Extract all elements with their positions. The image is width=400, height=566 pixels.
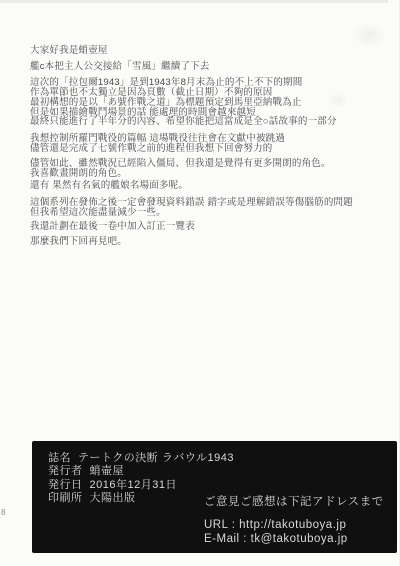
text-line: 但我希望這次能盡量減少一些。 bbox=[30, 208, 375, 218]
paragraph: 還有 果然有名氣的艦娘名場面多呢。 bbox=[30, 181, 375, 191]
text-line: 我喜歡畫開朗的角色。 bbox=[30, 169, 375, 179]
page-number: 8 bbox=[1, 508, 5, 517]
greeting-paragraph: 大家好我是蛸壺屋 bbox=[30, 46, 375, 56]
afterword-text: 大家好我是蛸壺屋 艦c本把主人公交接給「雪風」繼續了下去 這次的「拉包爾1943… bbox=[30, 46, 375, 253]
colophon-row-title: 誌名 テートクの決断 ラバウル1943 bbox=[48, 452, 234, 465]
colophon-box: 誌名 テートクの決断 ラバウル1943 発行者 蛸壷屋 発行日 2016年12月… bbox=[32, 441, 397, 553]
url-line: URL : http://takotuboya.jp bbox=[204, 519, 348, 533]
colophon-row-publisher: 発行者 蛸壷屋 bbox=[48, 465, 234, 478]
text-line: 儘管還是完成了七號作戰之前的進程但我想下回會努力的 bbox=[30, 144, 375, 154]
field-value: 2016年12月31日 bbox=[90, 479, 177, 492]
contact-addresses: URL : http://takotuboya.jp E-Mail : tk@t… bbox=[204, 519, 348, 546]
contact-note: ご意見ご感想は下記アドレスまで bbox=[204, 493, 384, 509]
text-line: 最終只能進行了半年分的內容、希望你能把這當成是全○話故事的一部分 bbox=[30, 117, 375, 127]
field-value: 大陽出版 bbox=[90, 492, 136, 505]
colophon-row-date: 発行日 2016年12月31日 bbox=[48, 479, 234, 492]
text-line: 我還計劃在最後一卷中加入訂正一覽表 bbox=[30, 222, 375, 232]
scan-edge-artifact bbox=[0, 0, 388, 3]
field-label: 発行者 bbox=[48, 465, 83, 478]
scan-smudge bbox=[352, 22, 386, 48]
paragraph: 儘管如此、雖然戰況已經陷入僵局、但我還是覺得有更多開朗的角色。 我喜歡畫開朗的角… bbox=[30, 159, 375, 179]
text-line: 大家好我是蛸壺屋 bbox=[30, 46, 375, 56]
paragraph: 這個系列在發佈之後一定會發現資料錯誤 錯字或是理解錯誤等傷腦筋的問題 但我希望這… bbox=[30, 198, 375, 218]
text-line: 那麼我們下回再見吧。 bbox=[30, 237, 375, 247]
paragraph: 我想控制所羅門戰役的篇幅 這場戰役往往會在文獻中被跳過 儘管還是完成了七號作戰之… bbox=[30, 134, 375, 154]
closing-paragraph: 那麼我們下回再見吧。 bbox=[30, 237, 375, 247]
field-label: 発行日 bbox=[48, 479, 83, 492]
scanned-afterword-page: 大家好我是蛸壺屋 艦c本把主人公交接給「雪風」繼續了下去 這次的「拉包爾1943… bbox=[0, 0, 400, 566]
field-value: テートクの決断 ラバウル1943 bbox=[78, 452, 234, 465]
email-line: E-Mail : tk@takotuboya.jp bbox=[204, 533, 348, 547]
text-line: 還有 果然有名氣的艦娘名場面多呢。 bbox=[30, 181, 375, 191]
field-value: 蛸壷屋 bbox=[90, 465, 125, 478]
text-line: 艦c本把主人公交接給「雪風」繼續了下去 bbox=[30, 62, 375, 72]
intro-paragraph: 艦c本把主人公交接給「雪風」繼續了下去 bbox=[30, 62, 375, 72]
field-label: 誌名 bbox=[48, 452, 71, 465]
paragraph: 這次的「拉包爾1943」是到1943年8月末為止的不上不下的期間 作為單節也不太… bbox=[30, 78, 375, 128]
field-label: 印刷所 bbox=[48, 492, 83, 505]
paragraph: 我還計劃在最後一卷中加入訂正一覽表 bbox=[30, 222, 375, 232]
